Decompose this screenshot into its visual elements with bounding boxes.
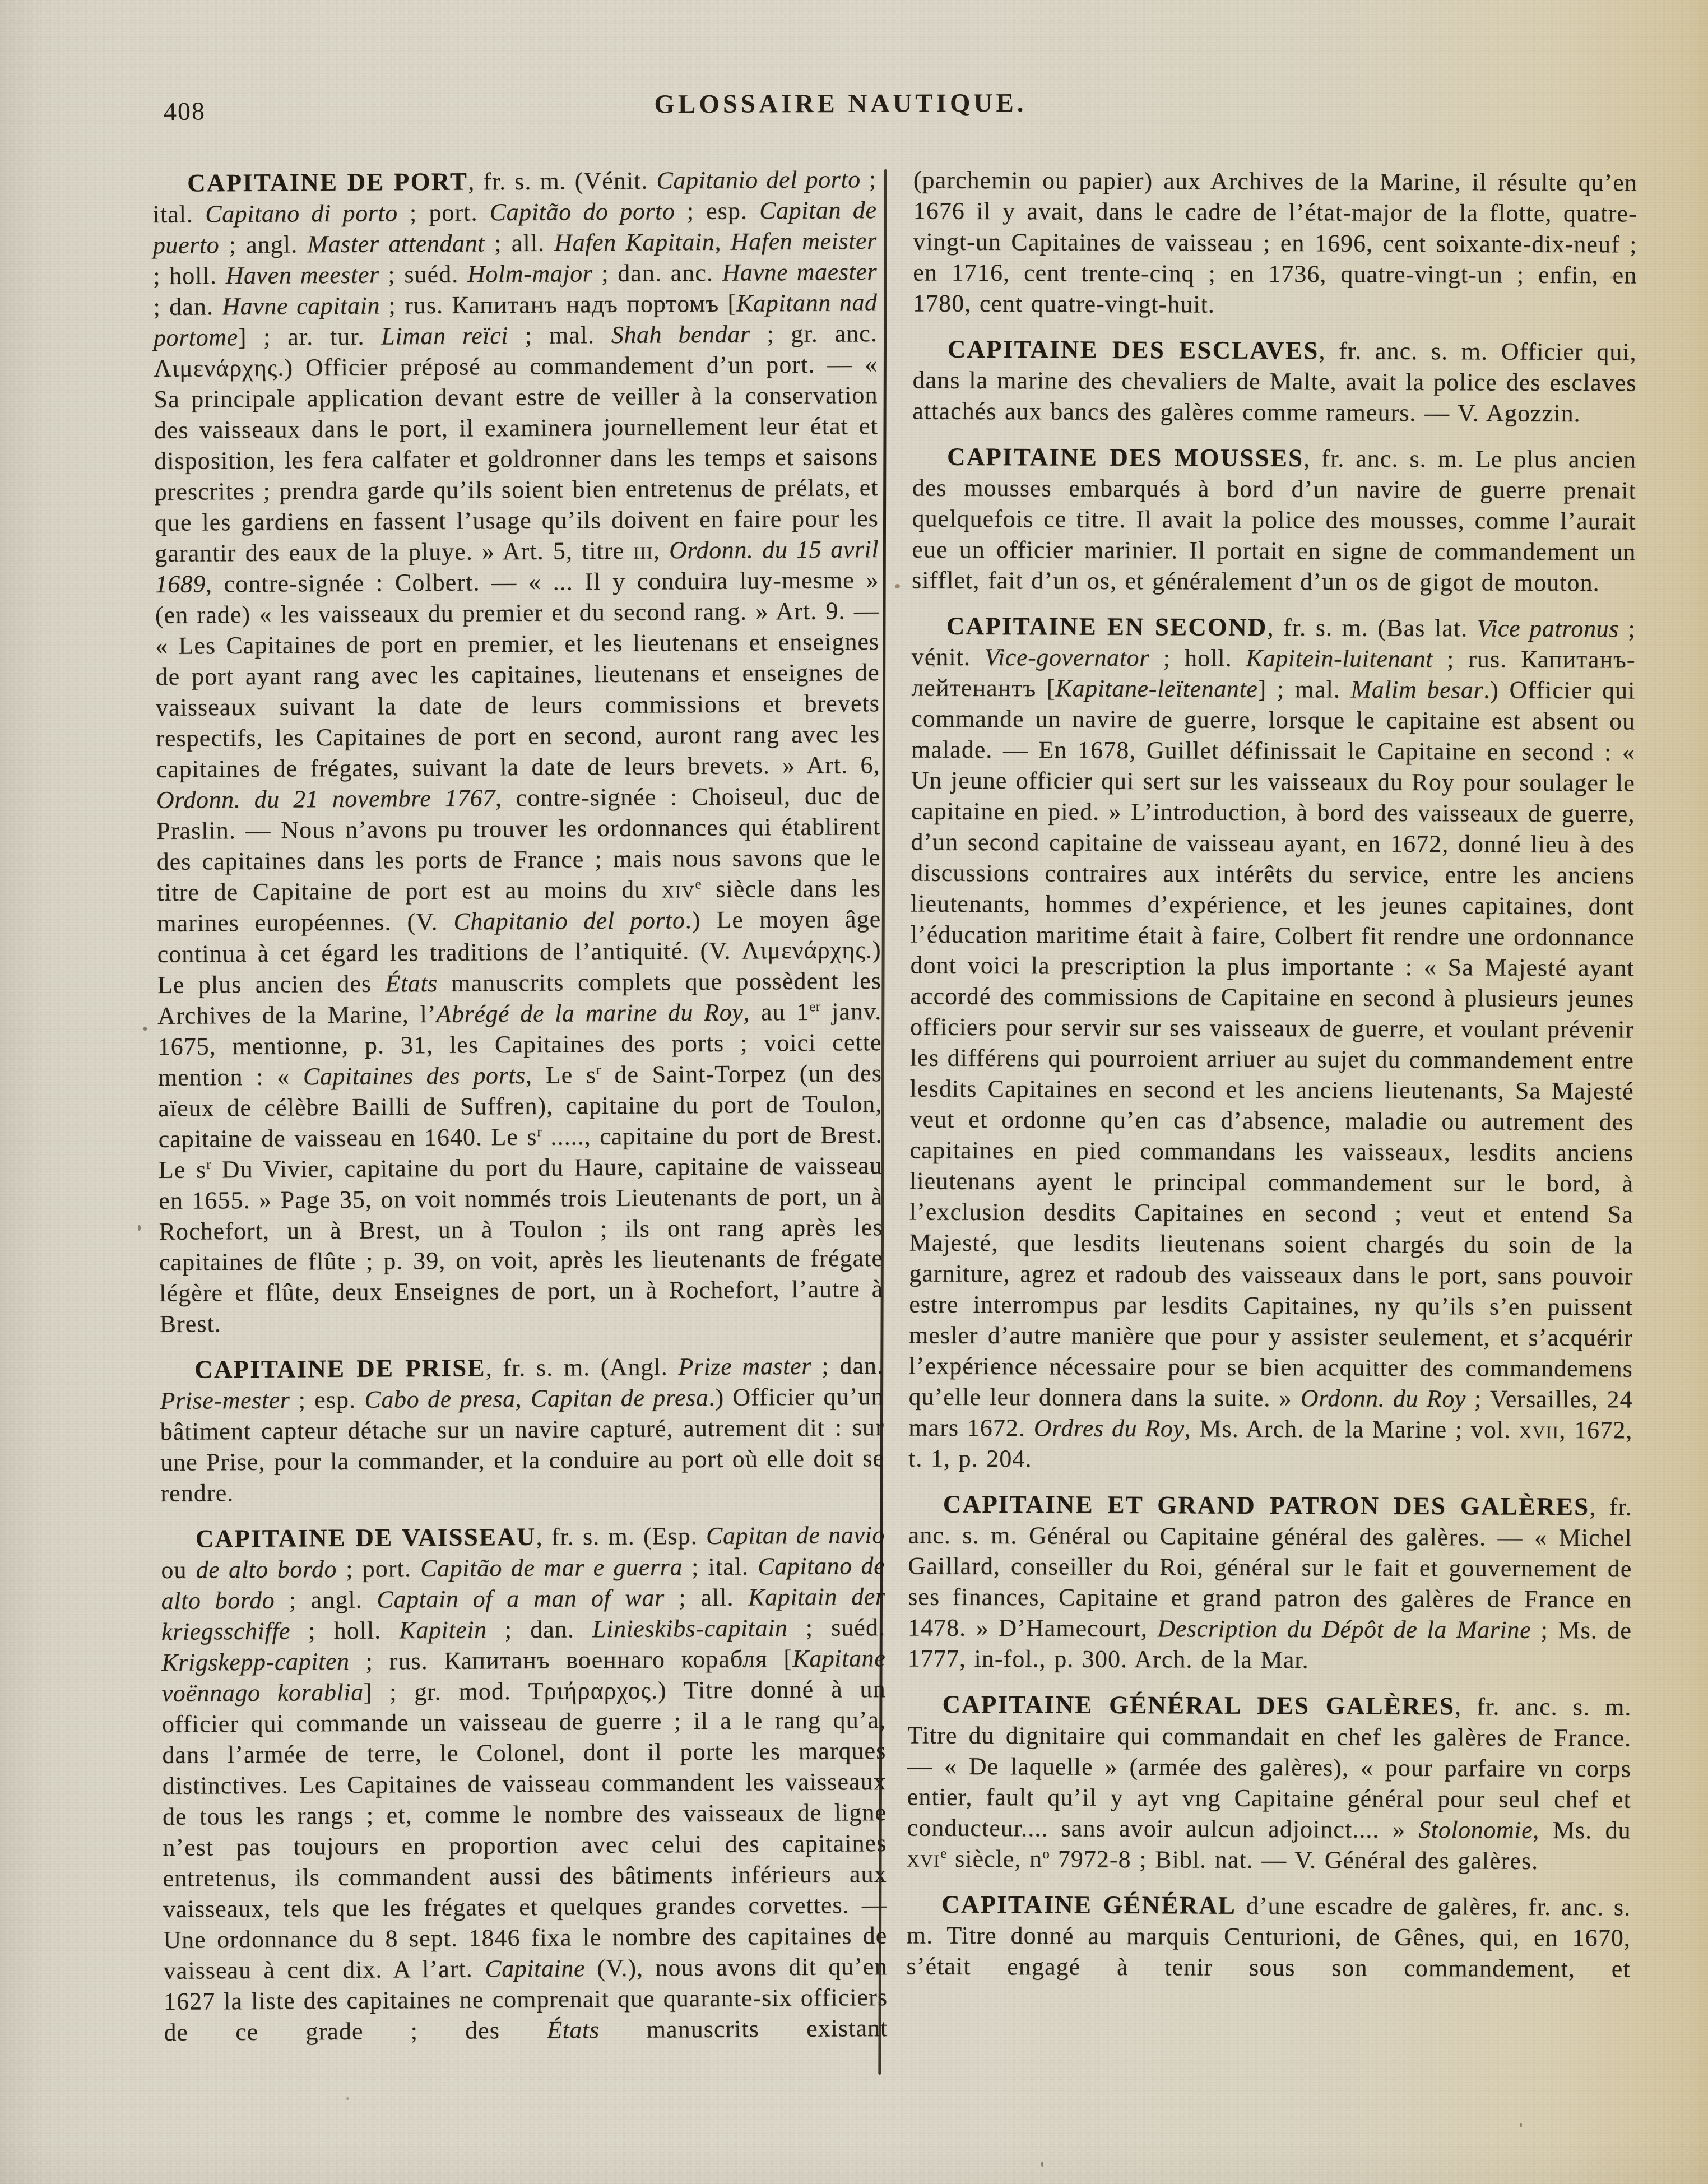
text-run: Ordres du Roy — [1034, 1414, 1185, 1442]
text-run: , — [653, 536, 670, 564]
entry-paragraph: CAPITAINE DE PRISE, fr. s. m. (Angl. Pri… — [160, 1350, 885, 1509]
text-run: Ordonn. du Roy — [1301, 1384, 1466, 1412]
text-run: (parchemin ou papier) aux Archives de la… — [913, 166, 1637, 318]
text-run: ; suéd. — [379, 261, 468, 289]
text-run: r — [537, 1124, 542, 1139]
text-run: Holm-major — [467, 259, 593, 288]
text-run: , Ms. Arch. de la Marine ; vol. — [1185, 1415, 1519, 1443]
entry-paragraph: CAPITAINE GÉNÉRAL DES GALÈRES, fr. anc. … — [907, 1689, 1631, 1876]
text-run: Krigskepp-capiten — [161, 1648, 350, 1676]
text-run: ; mal. — [508, 321, 611, 349]
text-run: Havne maester — [722, 258, 877, 286]
text-run: , au 1 — [743, 998, 809, 1026]
text-run: ; dan. — [487, 1615, 593, 1643]
text-run: Ordonn. du 21 novembre 1767 — [156, 784, 495, 814]
entry-headword: CAPITAINE EN SECOND — [946, 612, 1268, 641]
text-run: Capitão de mar e guerra — [420, 1553, 683, 1582]
text-run: ; holl. — [290, 1616, 399, 1644]
text-run: Prise-mester — [160, 1386, 290, 1414]
text-run: ] ; mal. — [1257, 675, 1350, 703]
text-run: Du Vivier, capitaine du port du Haure, c… — [159, 1152, 883, 1338]
entry-headword: CAPITAINE DE PORT — [187, 168, 468, 197]
text-run: ; angl. — [275, 1586, 377, 1614]
text-run: e — [940, 1846, 947, 1861]
paper-speck — [138, 1225, 141, 1231]
text-run: ; port. — [337, 1555, 420, 1583]
text-run: Vice patronus — [1477, 614, 1619, 642]
text-run: États — [547, 2016, 600, 2044]
text-run: ; dan. — [153, 293, 222, 321]
text-run: Capitano di porto — [205, 199, 398, 228]
text-run: Cabo de presa — [364, 1385, 516, 1413]
text-run: Description du Dépôt de la Marine — [1157, 1615, 1531, 1644]
text-run: Capitão do porto — [489, 197, 675, 226]
text-run: o — [1042, 1847, 1050, 1862]
text-run: ; holl. — [1149, 644, 1246, 672]
text-column-left: CAPITAINE DE PORT, fr. s. m. (Vénit. Cap… — [152, 164, 888, 2063]
text-run: ; ital. — [683, 1552, 758, 1580]
text-run: Shah bendar — [611, 320, 750, 349]
entry-paragraph: CAPITAINE DE PORT, fr. s. m. (Vénit. Cap… — [152, 164, 884, 1339]
text-run: Haven meester — [225, 261, 379, 289]
text-run: ; rus. Капитанъ надъ портомъ [ — [380, 290, 736, 319]
text-run: ; rus. Капитанъ военнаго корабля [ — [349, 1645, 792, 1675]
text-run: , fr. s. m. (Bas lat. — [1267, 614, 1477, 642]
text-run: Master attendant — [307, 229, 485, 258]
paper-speck — [1041, 2162, 1043, 2167]
paper-speck — [143, 1027, 147, 1031]
text-column-right: (parchemin ou papier) aux Archives de la… — [906, 165, 1637, 2000]
entry-headword: CAPITAINE GÉNÉRAL DES GALÈRES — [942, 1690, 1455, 1721]
text-run: Capitan de presa — [531, 1384, 709, 1412]
text-run: États — [385, 970, 438, 998]
entry-paragraph: CAPITAINE GÉNÉRAL d’une escadre de galèr… — [907, 1889, 1631, 1984]
text-run: Havne capitain — [222, 291, 380, 320]
text-run: , fr. s. m. (Vénit. — [468, 166, 657, 195]
text-run: ; angl. — [219, 230, 307, 258]
text-run: e — [695, 877, 702, 892]
text-run: Capitaine — [485, 1954, 585, 1982]
text-run: Hafen Kapitain, Hafen meister — [554, 227, 877, 257]
text-run: er — [809, 999, 820, 1014]
entry-paragraph: CAPITAINE DE VAISSEAU, fr. s. m. (Esp. C… — [161, 1519, 888, 2048]
text-run: , Le s — [526, 1061, 596, 1089]
text-run: ; dan. — [811, 1352, 884, 1380]
text-run: Kapitein — [399, 1616, 487, 1644]
text-run: ; port. — [398, 198, 490, 226]
text-run: ; suéd. — [787, 1613, 885, 1642]
entry-paragraph: CAPITAINE EN SECOND, fr. s. m. (Bas lat.… — [908, 611, 1636, 1477]
book-page: 408 GLOSSAIRE NAUTIQUE. CAPITAINE DE POR… — [0, 0, 1708, 2184]
text-run: , Ms. du — [1533, 1816, 1631, 1844]
text-run: Malim besar — [1350, 676, 1483, 704]
text-run: Capitan de navio — [706, 1521, 885, 1550]
text-run: Liman reïci — [381, 322, 508, 350]
text-run: ; holl. — [153, 262, 226, 290]
text-run: xiv — [662, 875, 695, 903]
text-run: ; all. — [485, 229, 555, 257]
entry-headword: CAPITAINE DES ESCLAVES — [948, 335, 1319, 365]
text-run: Linieskibs-capitain — [592, 1614, 788, 1643]
paper-speck — [895, 584, 900, 588]
text-run: , contre-signée : Colbert. — « ... Il y … — [155, 566, 880, 783]
text-run: ] ; gr. mod. Τριήραρχος.) Titre donné à … — [162, 1675, 888, 1984]
entry-paragraph: CAPITAINE DES MOUSSES, fr. anc. s. m. Le… — [912, 442, 1636, 599]
text-run: xvii — [1519, 1416, 1560, 1444]
text-run: Stolonomie — [1418, 1816, 1533, 1844]
text-run: manuscrits existant — [599, 2014, 888, 2043]
text-run: Capitaines des ports — [303, 1061, 526, 1090]
text-run: , — [515, 1385, 531, 1412]
text-run: ; esp. — [675, 197, 759, 225]
text-run: Kapitane-leïtenante — [1056, 675, 1258, 703]
text-run: ; esp. — [290, 1386, 364, 1414]
text-run: Capitanio del porto — [656, 165, 861, 194]
entry-paragraph: CAPITAINE ET GRAND PATRON DES GALÈRES, f… — [908, 1489, 1632, 1677]
entry-headword: CAPITAINE DE VAISSEAU — [196, 1523, 536, 1553]
text-run: 7972-8 ; Bibl. nat. — V. Général des gal… — [1050, 1845, 1538, 1874]
text-run: ; all. — [665, 1584, 749, 1612]
entry-headword: CAPITAINE GÉNÉRAL — [941, 1890, 1236, 1919]
entry-headword: CAPITAINE DE PRISE — [194, 1353, 486, 1383]
text-run: Captain of a man of war — [377, 1584, 665, 1613]
text-run: Kapitein-luitenant — [1246, 644, 1433, 673]
text-run: ; gr. anc. Λιμενάρχης.) Officier préposé… — [154, 319, 879, 567]
text-run: Abrégé de la marine du Roy — [436, 999, 743, 1028]
text-run: r — [596, 1062, 601, 1077]
text-run: ] ; ar. tur. — [238, 322, 382, 351]
text-run: Prize master — [678, 1352, 811, 1380]
paper-speck — [346, 2097, 349, 2100]
text-run: Chapitanio del porto — [453, 906, 685, 935]
text-run: , fr. s. m. (Esp. — [536, 1522, 706, 1551]
text-run: siècle, n — [946, 1845, 1042, 1873]
entry-headword: CAPITAINE ET GRAND PATRON DES GALÈRES — [943, 1490, 1590, 1520]
text-run: iii — [633, 536, 653, 564]
text-run: , fr. s. m. (Angl. — [485, 1353, 678, 1381]
running-title: GLOSSAIRE NAUTIQUE. — [0, 86, 1681, 122]
text-run: de alto bordo — [196, 1555, 337, 1584]
text-run: ; dan. anc. — [592, 259, 722, 287]
text-run: .) Officier qui commande un navire de gu… — [908, 676, 1635, 1412]
entry-paragraph: CAPITAINE DES ESCLAVES, fr. anc. s. m. O… — [912, 334, 1637, 429]
text-run: xvi — [907, 1844, 940, 1872]
paper-speck — [1520, 2123, 1522, 2127]
text-run: Vice-governator — [985, 643, 1149, 671]
entry-headword: CAPITAINE DES MOUSSES — [947, 443, 1303, 472]
text-run: r — [206, 1157, 211, 1172]
text-run: ou — [161, 1556, 196, 1584]
entry-paragraph: (parchemin ou papier) aux Archives de la… — [913, 165, 1637, 322]
